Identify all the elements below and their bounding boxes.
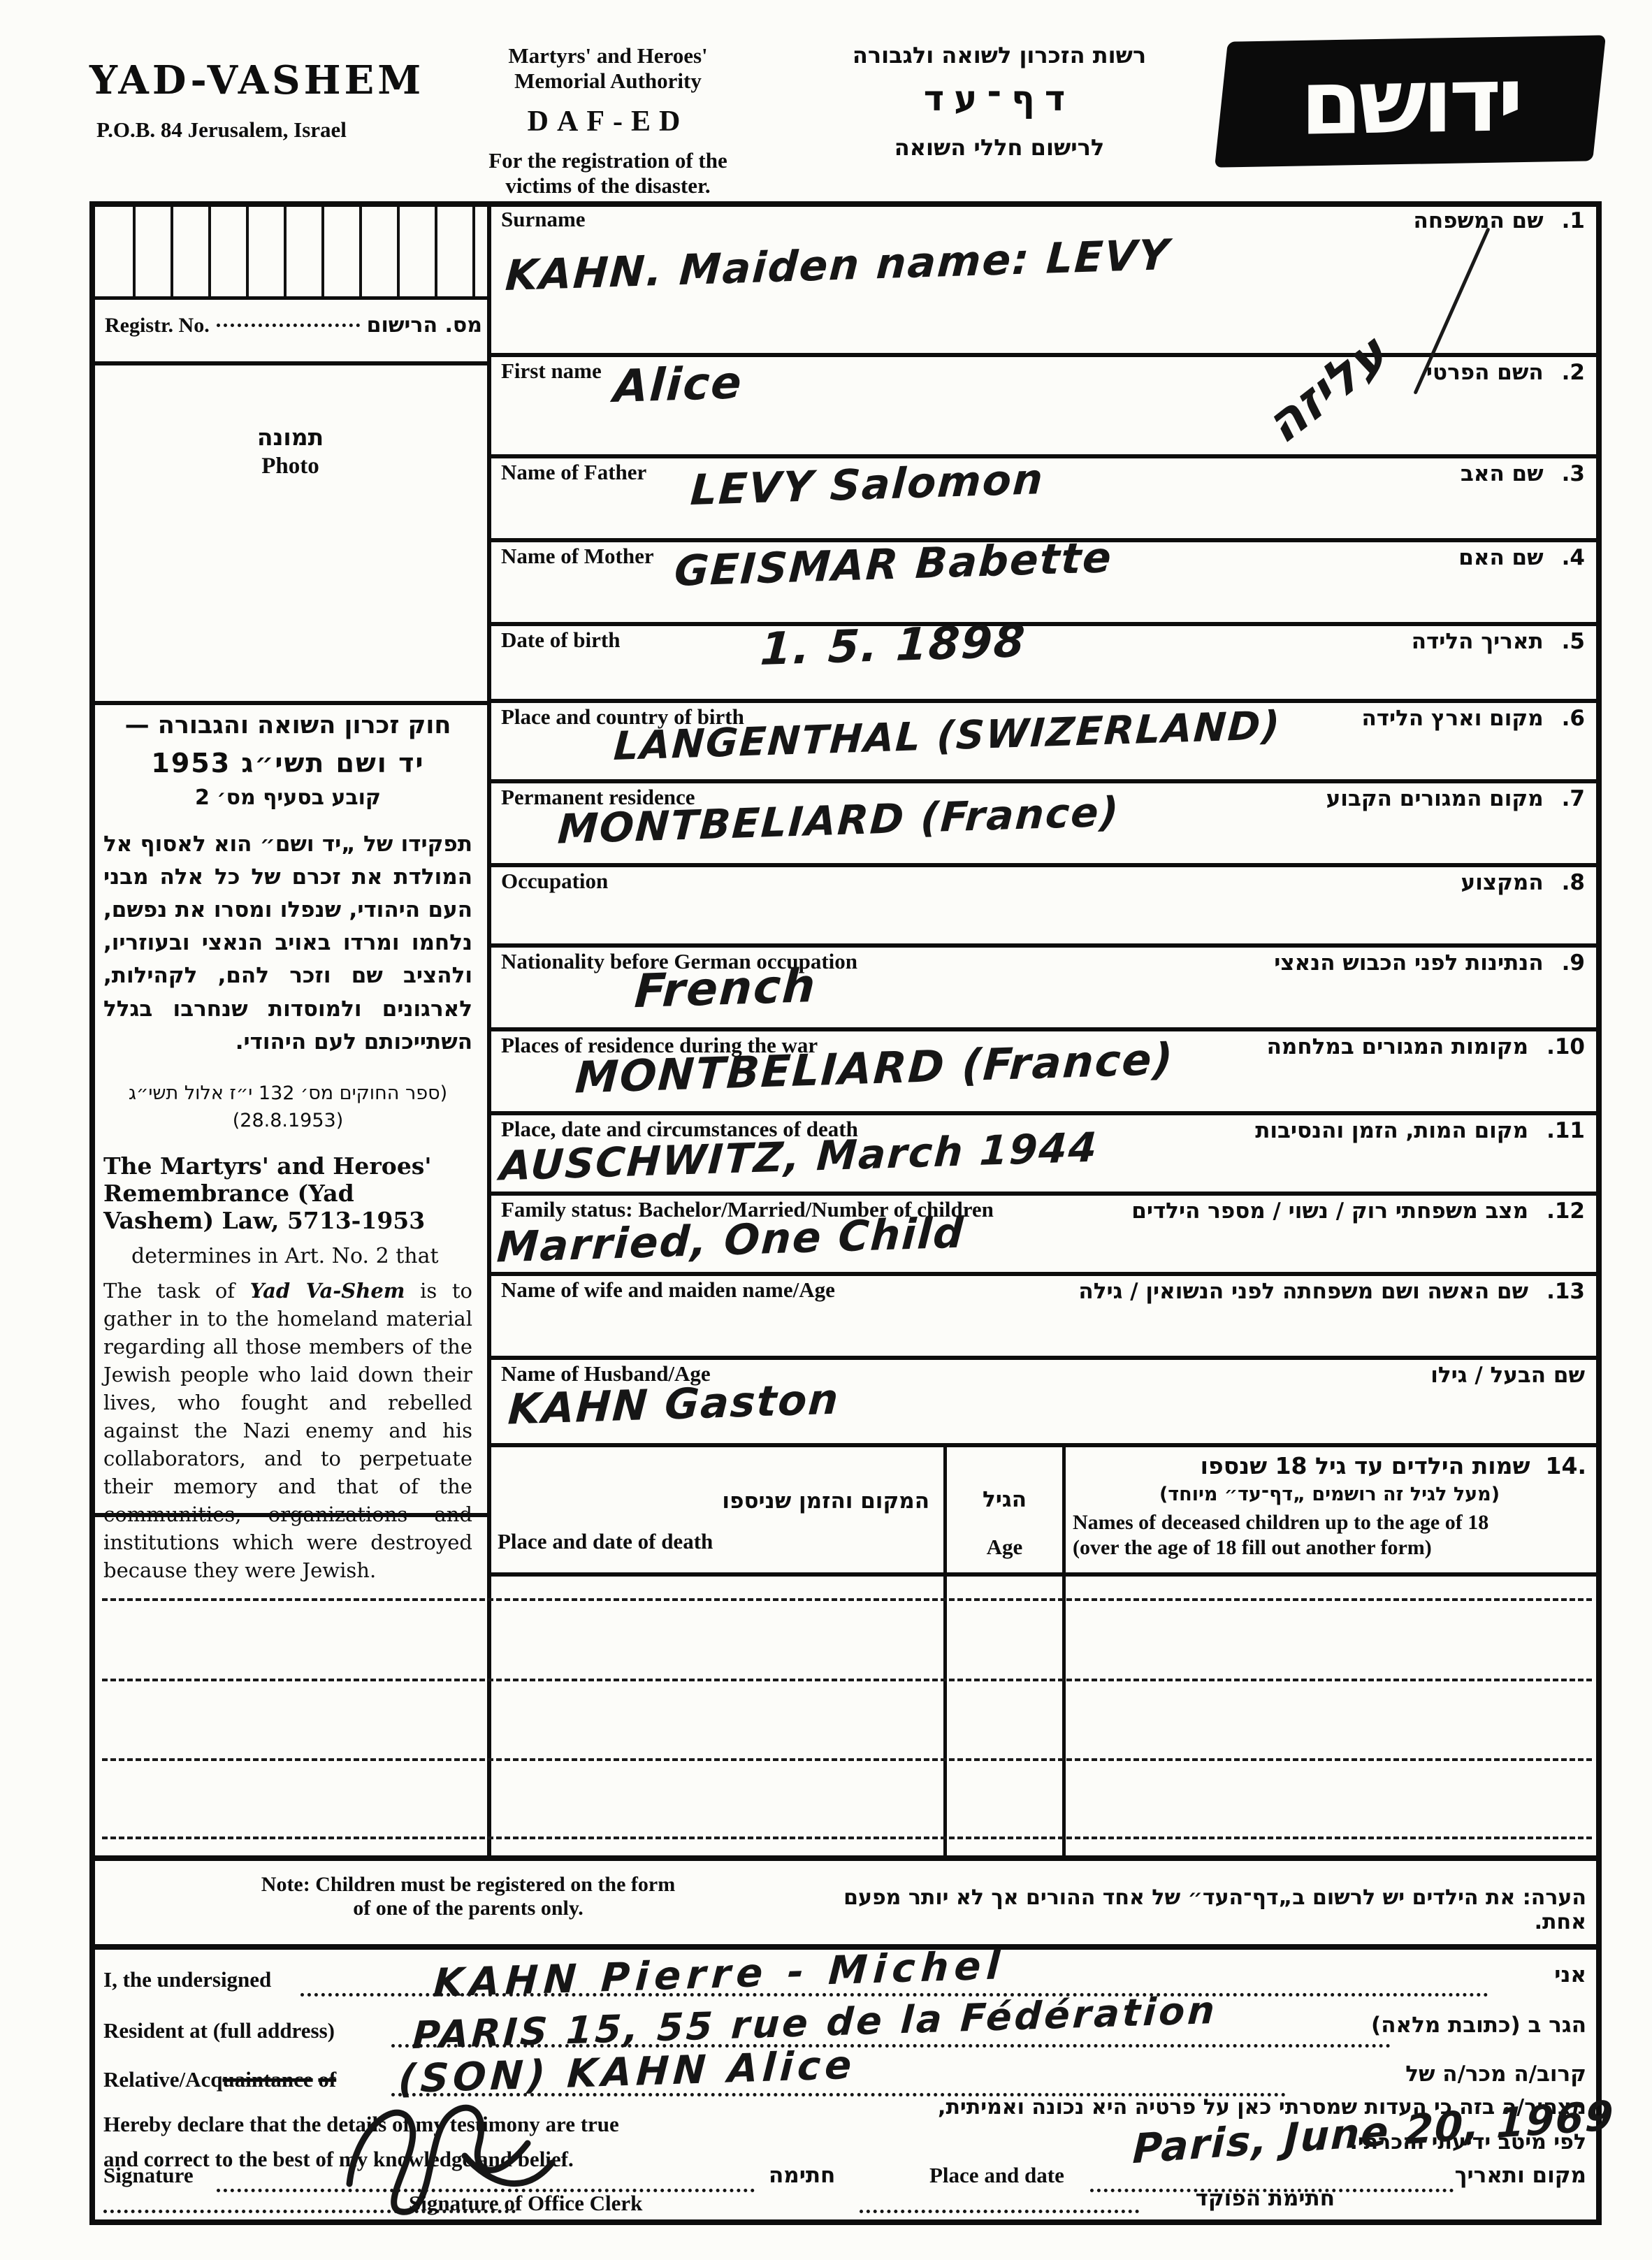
field-row-mother: Name of Mother שם האם.4 GEISMAR Babette: [491, 538, 1596, 622]
entry-dash-1: [102, 1598, 1592, 1601]
law-title-en: The Martyrs' and Heroes' Remembrance (Ya…: [103, 1152, 472, 1234]
field-label-he: שם האם: [1458, 545, 1543, 570]
clerk-label-he: חתימת הפוקד: [1153, 2186, 1335, 2211]
field-row-wife: Name of wife and maiden name/Age שם האשה…: [491, 1272, 1596, 1356]
field-number: .8: [1562, 870, 1585, 895]
children-sub-en: (over the age of 18 fill out another for…: [1073, 1536, 1586, 1560]
field-number: .4: [1562, 545, 1585, 570]
note-en-line1: Note: Children must be registered on the…: [119, 1873, 818, 1897]
field-label-en: Occupation: [501, 869, 608, 894]
law-body-he: תפקידו של „יד ושם״ הוא לאסוף אל המולדת א…: [103, 828, 472, 1059]
field-label-he: מצב משפחתי רוק / נשוי / מספר הילדים: [1131, 1198, 1528, 1224]
field-label-en: Name of Father: [501, 460, 646, 485]
field-label-en: Surname: [501, 207, 586, 232]
purpose-line1: For the registration of the: [426, 148, 790, 173]
children-col-place-en: Place and date of death: [498, 1529, 713, 1554]
border-right: [1596, 201, 1602, 2225]
resident-dotted-line: [391, 2044, 1391, 2048]
field-row-first-name: First name השם הפרטי.2 Alice: [491, 353, 1596, 454]
field-number: .9: [1562, 950, 1585, 976]
children-col-age-he: הגיל: [947, 1487, 1062, 1512]
field-row-occupation: Occupation המקצוע.8: [491, 863, 1596, 943]
photo-label-en: Photo: [94, 454, 487, 479]
field-row-father: Name of Father שם האב.3 LEVY Salomon: [491, 454, 1596, 538]
border-bottom: [89, 2219, 1602, 2225]
authority-line1: Martyrs' and Heroes': [426, 43, 790, 68]
field-row-war-residence: Places of residence during the war מקומו…: [491, 1027, 1596, 1111]
children-number: .14: [1546, 1452, 1586, 1479]
ticks-bottom-line: [94, 296, 487, 300]
photo-box: תמונה Photo: [94, 363, 487, 701]
field-value-husband: KAHN Gaston: [507, 1378, 840, 1430]
hebrew-header-line3: לרישום חללי השואה: [811, 134, 1188, 161]
field-number: .1: [1562, 208, 1585, 233]
page-of-testimony-form: YAD-VASHEM P.O.B. 84 Jerusalem, Israel M…: [0, 0, 1652, 2260]
field-number: .7: [1562, 786, 1585, 811]
field-number: .2: [1562, 360, 1585, 385]
registration-row: Registr. No. מס. הרישום: [105, 313, 482, 338]
field-label-en: Name of Mother: [501, 544, 654, 569]
law-body-en-post: is to gather in to the homeland material…: [103, 1279, 472, 1582]
undersigned-label: I, the undersigned: [103, 1967, 271, 1992]
law-body-en-pre: The task of: [103, 1279, 250, 1303]
purpose-line2: victims of the disaster.: [426, 173, 790, 198]
law-title-he-3: קובע בסעיף מס׳ 2: [103, 785, 472, 810]
registration-label-he: מס. הרישום: [367, 313, 482, 338]
registration-number-cells: [98, 207, 487, 296]
field-row-nationality: Nationality before German occupation הנת…: [491, 943, 1596, 1027]
signature-label-he: חתימה: [769, 2163, 835, 2188]
resident-label-he: הגר ב (כתובת מלאה): [1356, 2013, 1586, 2038]
law-sub-en: determines in Art. No. 2 that: [103, 1244, 472, 1268]
field-label-he: מקום המגורים הקבוע: [1326, 786, 1544, 811]
authority-line2: Memorial Authority: [426, 68, 790, 94]
note-top-line: [94, 1855, 1596, 1861]
org-address: P.O.B. 84 Jerusalem, Israel: [96, 117, 347, 143]
logo-text: ידושם: [1300, 48, 1520, 155]
field-value-surname: KAHN. Maiden name: LEVY: [505, 234, 1171, 297]
field-label-he: שם המשפחה: [1414, 208, 1544, 233]
field-label-he: שם האב: [1461, 461, 1544, 486]
field-row-birth-date: Date of birth תאריך הלידה.5 1. 5. 1898: [491, 622, 1596, 699]
field-label-he: המקצוע: [1461, 870, 1544, 895]
photo-label-he: תמונה: [94, 423, 487, 451]
field-number: .12: [1546, 1198, 1585, 1224]
relative-label: Relative/Acquaintance of: [103, 2067, 336, 2092]
field-number: .6: [1562, 706, 1585, 731]
field-value-father: LEVY Salomon: [689, 458, 1045, 512]
clerk-label: Signature of Office Clerk: [409, 2191, 642, 2216]
resident-label: Resident at (full address): [103, 2018, 335, 2043]
children-header-cell: שמות הילדים עד גיל 18 שנספו .14 (מעל לגי…: [1073, 1452, 1586, 1560]
authority-block: Martyrs' and Heroes' Memorial Authority …: [426, 43, 790, 198]
field-number: .11: [1546, 1118, 1585, 1143]
law-body-en: The task of Yad Va-Shem is to gather in …: [103, 1277, 472, 1584]
field-row-birth-place: Place and country of birth מקום וארץ הלי…: [491, 699, 1596, 779]
relative-label-part1: Relative/Acq: [103, 2067, 222, 2092]
law-block: חוק זכרון השואה והגבורה — יד ושם תשי״ג 1…: [103, 711, 472, 1584]
field-row-family-status: Family status: Bachelor/Married/Number o…: [491, 1191, 1596, 1272]
field-label-he: תאריך הלידה: [1412, 629, 1544, 654]
field-value-first-name: Alice: [612, 361, 744, 410]
clerk-dotted-line: [860, 2210, 1139, 2213]
children-title-en: Names of deceased children up to the age…: [1073, 1511, 1586, 1535]
row-line-husband: [487, 1443, 1596, 1447]
field-label-he: מקום וארץ הלידה: [1362, 706, 1544, 731]
note-he: הערה: את הילדים יש לרשום ב„דף־העד״ של אח…: [818, 1885, 1586, 1934]
children-title-he: שמות הילדים עד גיל 18 שנספו: [1201, 1452, 1530, 1479]
yad-vashem-logo: ידושם: [1215, 35, 1606, 167]
entry-dash-2: [102, 1679, 1592, 1681]
relative-label-he: קרוב/ה מכר/ה של: [1391, 2062, 1586, 2087]
entry-dash-3: [102, 1758, 1592, 1761]
children-header-line: [487, 1572, 1596, 1577]
place-date-label: Place and date: [929, 2163, 1064, 2188]
field-label-he: הנתינות לפני הכבוש הנאצי: [1274, 950, 1543, 976]
form-code: DAF-ED: [426, 105, 790, 138]
hebrew-header-block: רשות הזכרון לשואה ולגבורה דף־עד לרישום ח…: [811, 42, 1188, 161]
entry-dash-4: [102, 1837, 1592, 1839]
children-sub-he: (מעל לגיל זה רושמים „דף־עד״ מיוחד): [1073, 1484, 1586, 1505]
law-bottom-line: [94, 1513, 487, 1517]
registration-dotted-line: [217, 324, 360, 327]
field-label-he: השם הפרטי: [1426, 360, 1544, 385]
field-label-he: שם הבעל / גילו: [1430, 1363, 1585, 1388]
hebrew-header-daf-ed: דף־עד: [811, 78, 1188, 119]
photo-bottom-line: [94, 701, 487, 705]
field-number: .3: [1562, 461, 1585, 486]
field-row-residence: Permanent residence מקום המגורים הקבוע.7…: [491, 779, 1596, 863]
note-en-line2: of one of the parents only.: [119, 1897, 818, 1920]
registration-label-en: Registr. No.: [105, 314, 210, 338]
law-ref-he-1: (ספר החוקים מס׳ 132 י״ז אלול תשי״ג: [103, 1082, 472, 1104]
field-number: .10: [1546, 1034, 1585, 1059]
field-label-he: שם האשה ושם משפחתה לפני הנשואין / גילה: [1078, 1279, 1528, 1304]
field-number: .13: [1546, 1279, 1585, 1304]
field-label-en: Date of birth: [501, 628, 620, 653]
field-row-surname: Surname שם המשפחה.1 KAHN. Maiden name: L…: [491, 201, 1596, 353]
field-value-birth-date: 1. 5. 1898: [759, 619, 1027, 672]
field-number: .5: [1562, 629, 1585, 654]
field-row-husband: Name of Husband/Age שם הבעל / גילו KAHN …: [491, 1356, 1596, 1443]
field-label-en: First name: [501, 358, 602, 384]
law-title-he-1: חוק זכרון השואה והגבורה —: [103, 711, 472, 739]
org-title: YAD-VASHEM: [89, 57, 424, 103]
field-value-mother: GEISMAR Babette: [673, 537, 1113, 593]
hebrew-header-line1: רשות הזכרון לשואה ולגבורה: [811, 42, 1188, 68]
relative-label-struck: uaintance: [222, 2067, 312, 2092]
law-body-en-emphasis: Yad Va-Shem: [250, 1279, 405, 1303]
place-date-label-he: מקום ותאריך: [1454, 2163, 1586, 2188]
note-en-block: Note: Children must be registered on the…: [119, 1873, 818, 1920]
signature-label: Signature: [103, 2163, 194, 2188]
children-col-divider-2: [1062, 1443, 1066, 1855]
field-label-he: מקום המות, הזמן והנסיבות: [1255, 1118, 1528, 1143]
law-title-he-2: יד ושם תשי״ג 1953: [103, 748, 472, 778]
undersigned-label-he: אני: [1523, 1962, 1586, 1987]
field-value-family-status: Married, One Child: [495, 1212, 965, 1268]
law-ref-he-2: (28.8.1953): [103, 1110, 472, 1131]
children-col-place-he: המקום והזמן שניספו: [496, 1488, 929, 1514]
field-label-he: מקומות המגורים במלחמה: [1267, 1034, 1528, 1059]
field-row-death: Place, date and circumstances of death מ…: [491, 1111, 1596, 1191]
field-value-nationality: French: [633, 963, 818, 1015]
field-label-en: Name of wife and maiden name/Age: [501, 1277, 835, 1303]
children-col-age-en: Age: [947, 1535, 1062, 1560]
